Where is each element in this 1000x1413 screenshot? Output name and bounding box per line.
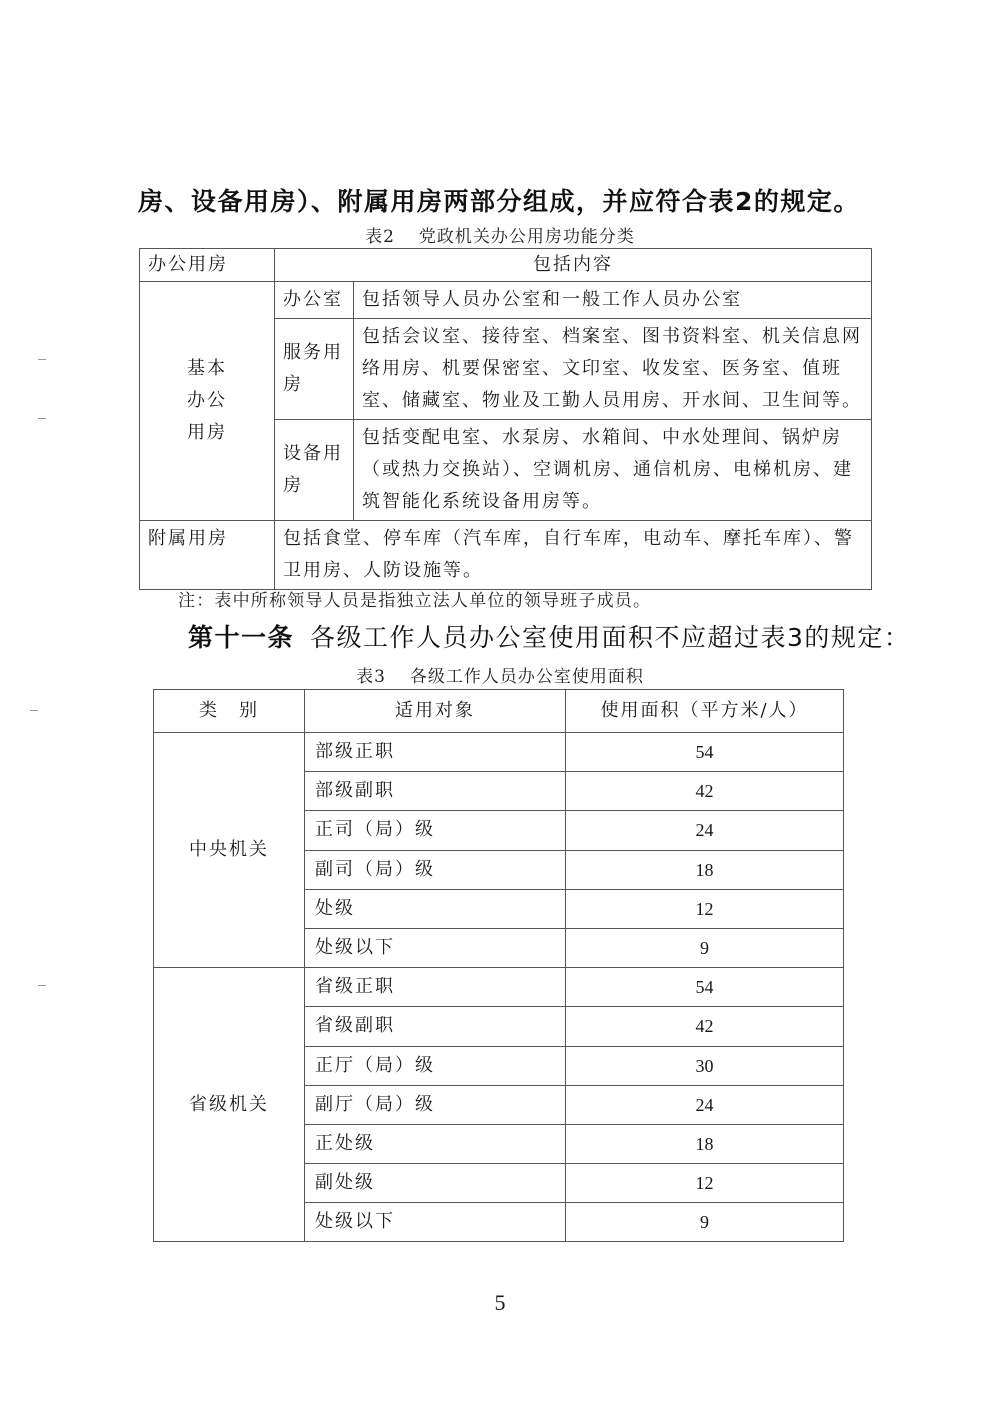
table3-caption-number: 表3 <box>356 667 386 687</box>
table2-content-equipment: 包括变配电室、水泵房、水箱间、中水处理间、锅炉房（或热力交换站）、空调机房、通信… <box>354 420 872 521</box>
article-text: 各级工作人员办公室使用面积不应超过表3的规定： <box>310 623 910 652</box>
table3-header-category: 类 别 <box>154 690 305 733</box>
margin-mark <box>38 359 46 360</box>
group-category-central: 中央机关 <box>154 733 305 968</box>
office-area-standards-table: 类 别 适用对象 使用面积（平方米/人） 中央机关 部级正职 54 部级副职 4… <box>153 689 844 1242</box>
table2-content-service: 包括会议室、接待室、档案室、图书资料室、机关信息网络用房、机要保密室、文印室、收… <box>354 319 872 420</box>
category-line: 基本 <box>187 353 227 385</box>
table2-content-office: 包括领导人员办公室和一般工作人员办公室 <box>354 282 872 319</box>
area-cell: 54 <box>566 968 844 1007</box>
intro-paragraph-line: 房、设备用房）、附属用房两部分组成，并应符合表2的规定。 <box>138 182 860 218</box>
table2-header-row: 办公用房 包括内容 <box>140 249 872 282</box>
target-cell: 正厅（局）级 <box>305 1046 566 1085</box>
table2-footnote: 注：表中所称领导人员是指独立法人单位的领导班子成员。 <box>178 586 651 611</box>
subcategory-line: 房 <box>283 470 345 502</box>
table2-subcategory-equipment: 设备用 房 <box>275 420 354 521</box>
subcategory-line: 设备用 <box>283 438 345 470</box>
table3-caption: 表3各级工作人员办公室使用面积 <box>0 662 1000 687</box>
subcategory-line: 房 <box>283 369 345 401</box>
table3-header-area: 使用面积（平方米/人） <box>566 690 844 733</box>
table2-row-ancillary: 附属用房 包括食堂、停车库（汽车库，自行车库，电动车、摩托车库）、警卫用房、人防… <box>140 521 872 590</box>
subcategory-line: 服务用 <box>283 337 345 369</box>
target-cell: 处级以下 <box>305 1203 566 1242</box>
table2-caption-number: 表2 <box>365 227 395 247</box>
category-basic-label: 基本 办公 用房 <box>187 353 227 449</box>
article-11-heading: 第十一条各级工作人员办公室使用面积不应超过表3的规定： <box>188 618 910 654</box>
area-cell: 24 <box>566 1085 844 1124</box>
table2-content-ancillary: 包括食堂、停车库（汽车库，自行车库，电动车、摩托车库）、警卫用房、人防设施等。 <box>275 521 872 590</box>
area-cell: 42 <box>566 772 844 811</box>
table2-category-ancillary: 附属用房 <box>140 521 275 590</box>
article-number: 第十一条 <box>188 623 294 652</box>
table2-caption-title: 党政机关办公用房功能分类 <box>419 227 635 247</box>
page-number: 5 <box>0 1290 1000 1316</box>
area-cell: 30 <box>566 1046 844 1085</box>
area-cell: 9 <box>566 928 844 967</box>
table2-caption: 表2党政机关办公用房功能分类 <box>0 222 1000 247</box>
table2-subcategory-office: 办公室 <box>275 282 354 319</box>
area-cell: 12 <box>566 889 844 928</box>
target-cell: 副处级 <box>305 1164 566 1203</box>
category-line: 用房 <box>187 417 227 449</box>
table2-header-content: 包括内容 <box>275 249 872 282</box>
target-cell: 处级以下 <box>305 928 566 967</box>
target-cell: 副厅（局）级 <box>305 1085 566 1124</box>
area-cell: 54 <box>566 733 844 772</box>
area-cell: 42 <box>566 1007 844 1046</box>
table-row: 省级机关 省级正职 54 <box>154 968 844 1007</box>
margin-mark <box>38 985 46 986</box>
target-cell: 部级正职 <box>305 733 566 772</box>
office-function-classification-table: 办公用房 包括内容 基本 办公 用房 办公室 包括领导人员办公室和一般工作人员办… <box>139 248 872 590</box>
table-row: 中央机关 部级正职 54 <box>154 733 844 772</box>
table3-header-target: 适用对象 <box>305 690 566 733</box>
target-cell: 省级正职 <box>305 968 566 1007</box>
table2-subcategory-service: 服务用 房 <box>275 319 354 420</box>
table2-header-category: 办公用房 <box>140 249 275 282</box>
area-cell: 12 <box>566 1164 844 1203</box>
area-cell: 9 <box>566 1203 844 1242</box>
area-cell: 18 <box>566 850 844 889</box>
margin-mark <box>30 710 38 711</box>
area-cell: 18 <box>566 1124 844 1163</box>
table3-caption-title: 各级工作人员办公室使用面积 <box>410 667 644 687</box>
margin-mark <box>38 418 46 419</box>
area-cell: 24 <box>566 811 844 850</box>
target-cell: 省级副职 <box>305 1007 566 1046</box>
category-line: 办公 <box>187 385 227 417</box>
target-cell: 正处级 <box>305 1124 566 1163</box>
target-cell: 副司（局）级 <box>305 850 566 889</box>
target-cell: 正司（局）级 <box>305 811 566 850</box>
target-cell: 部级副职 <box>305 772 566 811</box>
table2-row-office: 基本 办公 用房 办公室 包括领导人员办公室和一般工作人员办公室 <box>140 282 872 319</box>
group-category-provincial: 省级机关 <box>154 968 305 1242</box>
table3-header-row: 类 别 适用对象 使用面积（平方米/人） <box>154 690 844 733</box>
target-cell: 处级 <box>305 889 566 928</box>
table2-category-basic: 基本 办公 用房 <box>140 282 275 521</box>
